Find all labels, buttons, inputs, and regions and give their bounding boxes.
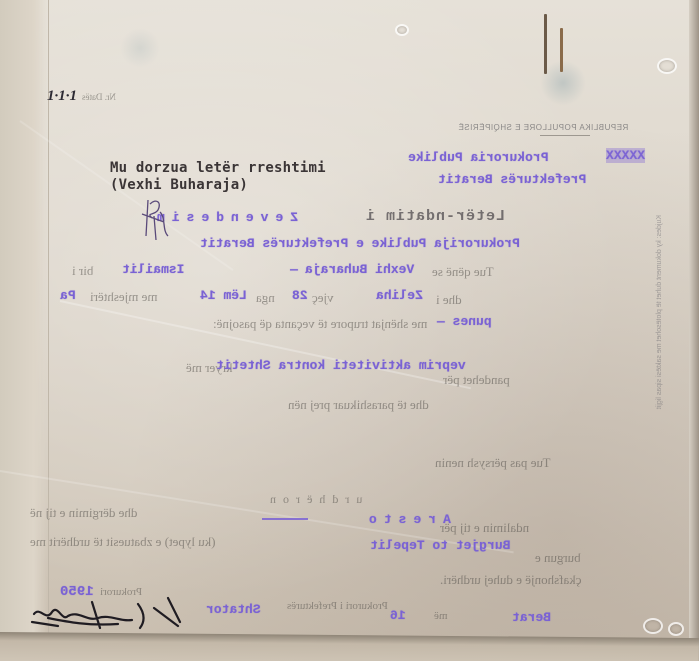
charge-line-2: dhe të parashikuar prej nën [288,397,429,413]
staple-mark [560,28,563,72]
typed-note: Mu dorzua letër rreshtimi (Vexhi Buharaj… [110,160,326,194]
ref-number-label: Nr. Datës [82,92,116,102]
order-line-3: çkafshonjë e duhej urdhëri. [440,572,582,588]
label-bir: bir i [72,263,93,279]
title-printed: Letër-ndatim i [365,208,505,225]
stamp-line-1: Prokuroria Publike [408,150,548,165]
staple-mark [544,14,547,74]
age: 28 [292,288,308,303]
header-underline [540,135,590,136]
label-me-mjeshteri: me mjeshtëri [90,289,158,305]
addressee: Prokurorija Publike e Prefekturës Berati… [200,236,520,251]
label-dhe: dhe i [436,292,462,308]
footer-signature-label: Prokurori i Prefekturës [287,600,388,612]
typed-note-line-2: (Vexhi Buharaja) [110,177,326,194]
water-stain [120,28,160,68]
footer-place: Berat [512,610,551,625]
name-dash: — [290,262,298,277]
order-line1-prefix: ndalimin e tij për [440,520,529,536]
paper-crease [60,300,471,389]
charge-prefix: pandehet për [443,372,510,388]
considering-article: Tue pas përsysh nenin [435,455,550,471]
document-photo: 1·1·1 Nr. Datës REPUBLIKA POPULLORE E SH… [0,0,699,661]
bottom-sheet-edge [0,632,699,661]
punch-hole [643,618,663,634]
order-typed: Aresto [362,512,451,527]
order-dash [262,518,308,520]
label-nga: nga [256,290,275,306]
occupation: Pa [60,288,76,303]
subject-name: Vexhi Buharaja [305,262,414,277]
orders-heading: u r d h ë r o n [268,492,362,507]
label-tue-qene-se: Tue qënë se [432,264,494,280]
initials-signature [136,196,176,246]
label-vjec: vjeç [312,290,334,306]
punch-hole [395,24,409,36]
stamp-line-2: Prefekturës Beratit [438,172,586,187]
father-name: Ismailit [122,262,184,277]
order-line2-paren: (ku lypet) e zbatuesit të urdhërit me [30,534,216,550]
punch-hole [657,58,677,74]
footer-day: 16 [390,608,406,623]
handwritten-number: 1·1·1 [47,88,77,105]
order-line1-suffix: dhe dërgimin e tij në [30,505,137,521]
right-sheet-edge [689,0,699,661]
typed-note-line-1: Mu dorzua letër rreshtimi [110,160,326,177]
mother-name: Zeliha [376,288,423,303]
origin: Lëm 14 [200,288,247,303]
charge-text: veprim aktiviteti kontra Shtetit [216,358,466,373]
stamp-overstrike: XXXXX [606,148,645,163]
punch-hole [668,622,684,636]
line3-typed: punes — [437,314,492,329]
order-line2-prefix: burgun e [535,550,581,566]
republic-header: REPUBLIKA POPULLORE E SHQIPËRISË [458,123,628,132]
vertical-margin-text: Kujdes: ky dokument duhet të plotësohet … [656,215,663,545]
order-typed-2: Burgjet to Tepelit [370,538,510,553]
distinguishing-marks-label: me shënjat trupore të veçanta që pasojnë… [213,316,427,332]
footer-label-mu: më [434,610,447,622]
